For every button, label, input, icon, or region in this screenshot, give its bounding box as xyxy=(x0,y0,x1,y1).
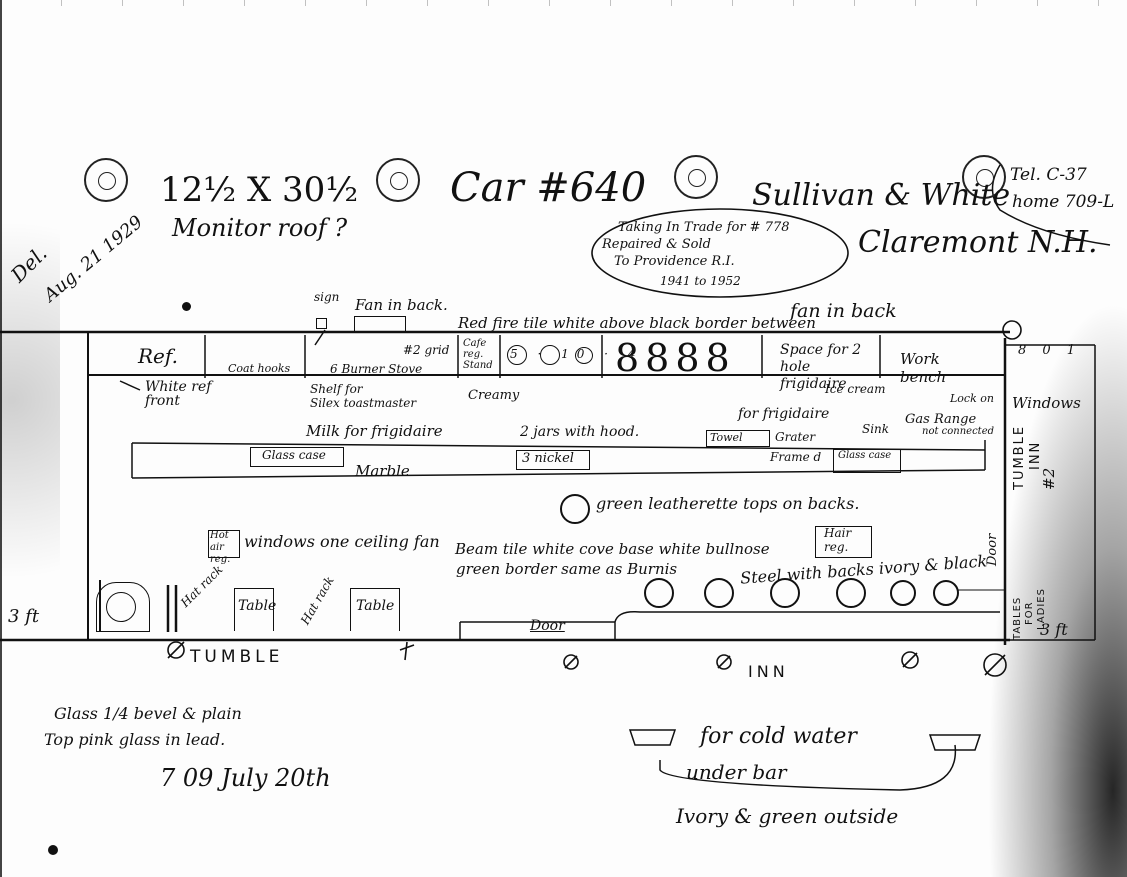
stool-icon xyxy=(933,580,959,606)
stool-icon xyxy=(644,578,674,608)
milk-note: Milk for frigidaire xyxy=(306,422,443,440)
two-jars-note: 2 jars with hood. xyxy=(520,424,639,440)
gas-range-note-line-1: Gas Range xyxy=(905,412,976,427)
cafe-stand-label: Cafe reg. Stand xyxy=(463,338,497,371)
ceiling-fan-note: windows one ceiling fan xyxy=(244,532,440,551)
stool-note: green leatherette tops on backs. xyxy=(596,494,859,513)
glass-note-line-2: Top pink glass in lead. xyxy=(44,730,225,749)
telephone-line-1: Tel. C-37 xyxy=(1010,165,1087,185)
tables-label-line-2: FOR xyxy=(1024,601,1035,625)
shelf-note-line-1: Shelf for xyxy=(310,382,363,396)
ice-cream-note: Ice cream xyxy=(825,382,885,396)
fan-box xyxy=(354,316,406,331)
table-2-label: Table xyxy=(356,598,394,614)
marble-label: Marble xyxy=(355,462,410,480)
trade-note-line-4: 1941 to 1952 xyxy=(660,274,741,288)
location: Claremont N.H. xyxy=(858,225,1098,260)
ink-dot xyxy=(182,302,191,311)
stool-icon xyxy=(836,578,866,608)
trade-note-line-2: Repaired & Sold xyxy=(602,237,711,252)
left-dimension: 3 ft xyxy=(8,606,39,627)
table-1-label: Table xyxy=(238,598,276,614)
trade-note-line-3: To Providence R.I. xyxy=(614,254,735,269)
cold-water-note: for cold water xyxy=(700,724,857,749)
lock-on-note: Lock on xyxy=(950,392,994,405)
sink-note: Sink xyxy=(862,422,889,436)
beam-tile-note-line-2: green border same as Burnis xyxy=(456,560,677,578)
stove-label: 6 Burner Stove xyxy=(330,362,422,376)
towel-label: Towel xyxy=(710,431,743,444)
diner-dimensions: 12½ X 30½ xyxy=(160,170,358,210)
white-ref-front-note: White ref front xyxy=(145,380,215,408)
creamer-note: Creamy xyxy=(468,388,519,403)
sign-note: sign xyxy=(314,290,339,304)
clock-icon xyxy=(106,592,136,622)
under-bar-note: under bar xyxy=(686,760,787,784)
end-wall-door: Door xyxy=(985,534,1000,566)
door-label: Door xyxy=(530,618,565,634)
stool-icon xyxy=(890,580,916,606)
fan-in-back-left: Fan in back. xyxy=(355,296,448,314)
glass-case-right-label: Glass case xyxy=(838,450,898,461)
glass-note-line-1: Glass 1/4 bevel & plain xyxy=(54,704,242,723)
end-wall-number: #2 xyxy=(1040,468,1058,490)
stool-icon xyxy=(704,578,734,608)
shelf-note-line-2: Silex toastmaster xyxy=(310,396,416,410)
roof-vent-icon xyxy=(674,155,718,199)
ivory-outside-note: Ivory & green outside xyxy=(676,804,898,828)
stool-icon xyxy=(770,578,800,608)
roof-vent-icon xyxy=(376,158,420,202)
tables-label-line-1: TABLES xyxy=(1012,597,1023,640)
fan-in-back-right: fan in back xyxy=(790,300,897,322)
scanned-floor-plan: 12½ X 30½ Monitor roof ? Car #640 Sulliv… xyxy=(0,0,1127,877)
stool-icon xyxy=(560,494,590,524)
grater-label: Grater xyxy=(775,430,815,444)
hot-air-reg-label: Hot air reg. xyxy=(210,530,238,566)
nickel-label: 3 nickel xyxy=(522,451,574,466)
end-wall-dimension: 3 ft xyxy=(1040,620,1068,639)
telephone-line-2: home 709-L xyxy=(1012,192,1114,212)
tile-note: Red fire tile white above black border b… xyxy=(458,314,816,332)
work-bench-label: Work bench xyxy=(900,350,970,386)
coffee-urns: 8888 xyxy=(615,336,736,380)
ink-dot xyxy=(48,845,58,855)
sign-inn-front: INN xyxy=(748,662,789,681)
roof-vent-icon xyxy=(84,158,128,202)
for-frigidaire-note: for frigidaire xyxy=(738,406,829,422)
builder-name: Sullivan & White xyxy=(752,178,1010,213)
trade-note-line-1: Taking In Trade for # 778 xyxy=(618,220,790,235)
roof-note: Monitor roof ? xyxy=(172,214,347,242)
sign-tumble-side: TUMBLE xyxy=(1012,425,1027,490)
grid-label: #2 grid xyxy=(403,343,449,357)
gas-range-note-line-2: not connected xyxy=(922,426,994,437)
end-wall-top-mark: 8 0 1 xyxy=(1018,343,1081,358)
beam-tile-note-line-1: Beam tile white cove base white bullnose xyxy=(455,540,770,558)
glass-case-left-label: Glass case xyxy=(262,448,326,462)
sign-tumble-front: TUMBLE xyxy=(190,647,283,667)
bottom-date: 7 09 July 20th xyxy=(160,764,331,792)
coat-hooks-label: Coat hooks xyxy=(228,362,290,375)
sign-inn-side: INN xyxy=(1028,441,1043,470)
end-wall-windows: Windows xyxy=(1012,394,1081,412)
frame-label: Frame d xyxy=(770,450,821,464)
hair-reg-label: Hair reg. xyxy=(824,526,864,554)
refrigerator-label: Ref. xyxy=(138,344,178,368)
sign-box-icon xyxy=(316,318,327,329)
car-number: Car #640 xyxy=(450,165,646,211)
